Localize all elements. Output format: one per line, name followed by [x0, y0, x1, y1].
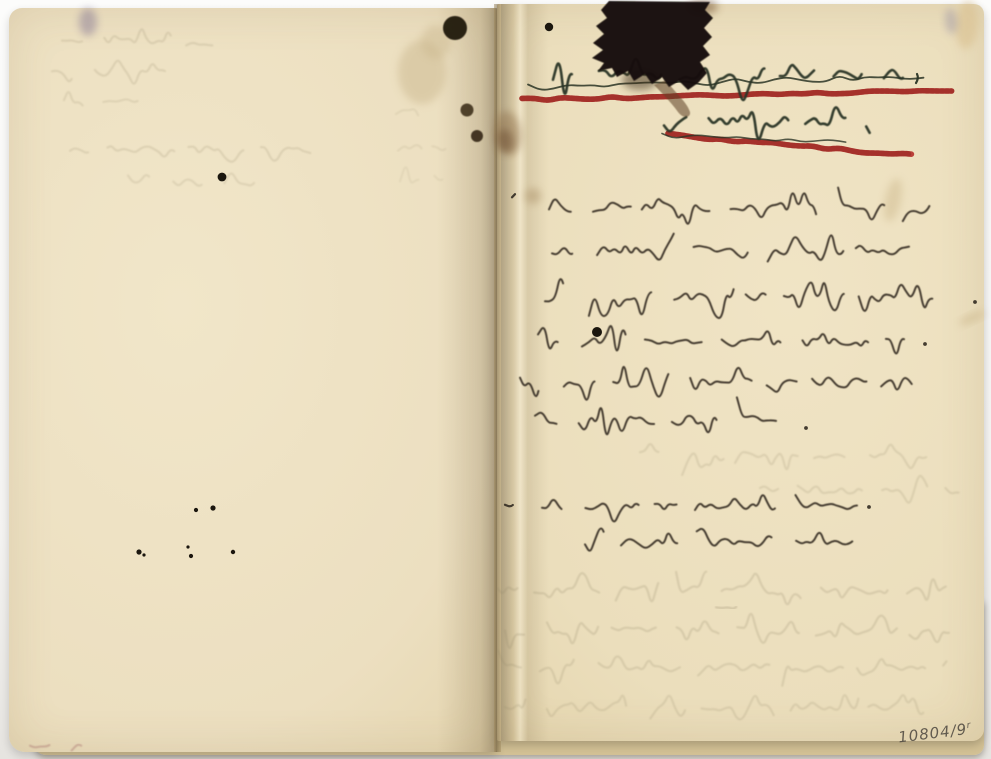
- right-page: [497, 4, 984, 741]
- left-page: [9, 8, 497, 752]
- gutter-shadow-right: [501, 4, 549, 741]
- manuscript-scan: 10804/9r: [0, 0, 991, 759]
- gutter-shadow-left: [437, 8, 497, 752]
- book-gutter-fold: [494, 4, 501, 752]
